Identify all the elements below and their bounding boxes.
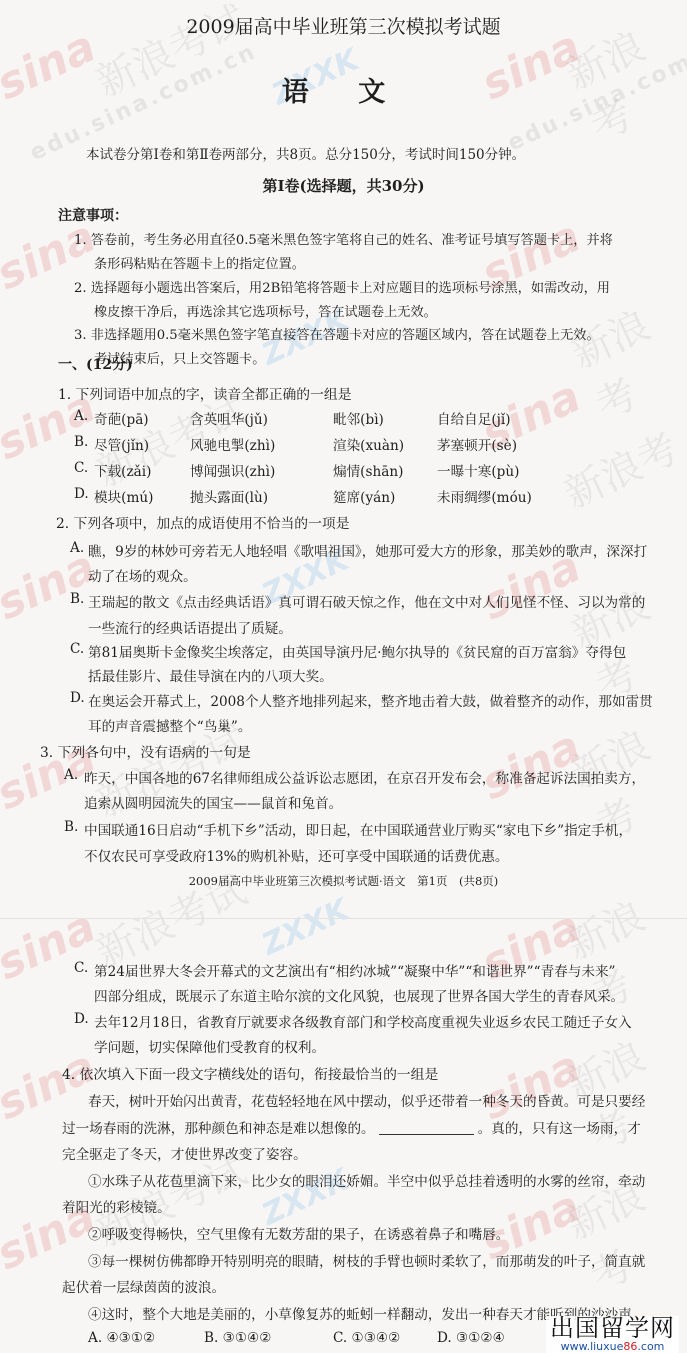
q1-d-2: 抛头露面(lù) bbox=[190, 486, 268, 506]
q2-b-line2: 一些流行的经典话语提出了质疑。 bbox=[88, 617, 292, 637]
exam-title: 2009届高中毕业班第三次模拟考试题 bbox=[0, 12, 687, 39]
page-divider bbox=[0, 918, 687, 919]
note-2-line1: 2. 选择题每小题选出答案后，用2B铅笔将答题卡上对应题目的选项标号涂黑，如需改… bbox=[74, 277, 610, 296]
q4-passage-line2b: 。真的，只有这一场雨，才 bbox=[478, 1121, 641, 1137]
q3-c-line1: 第24届世界大冬会开幕式的文艺演出有“相约冰城”“凝聚中华”“和谐世界”“青春与… bbox=[94, 960, 616, 980]
q3-c-label: C. bbox=[74, 960, 88, 976]
xinlang-watermark: 新浪考 bbox=[561, 283, 687, 432]
q4-choice-d: D. ③①②④ bbox=[437, 1330, 505, 1346]
q3-d-line2: 学问题，切实保障他们受教育的权利。 bbox=[94, 1036, 325, 1056]
q4-passage-line2: 过一场春雨的洗淋，那种颜色和神态是难以想像的。。真的，只有这一场雨，才 bbox=[62, 1117, 641, 1137]
q3-c-line2: 四部分组成，既展示了东道主哈尔滨的文化风貌，也展现了世界各国大学生的青春风采。 bbox=[94, 985, 624, 1005]
q3-a-label: A. bbox=[64, 767, 78, 783]
zxxk-watermark: ZXXK bbox=[257, 892, 355, 962]
q2-d-label: D. bbox=[70, 690, 85, 706]
q3-d-line1: 去年12月18日，省教育厅就要求各级教育部门和学校高度重视失业返乡农民工随迁子女… bbox=[94, 1011, 632, 1031]
q4-passage-line3: 完全驱走了冬天，才使世界改变了姿容。 bbox=[62, 1143, 307, 1163]
q2-a-line2: 动了在场的观众。 bbox=[88, 565, 197, 585]
q4-passage-line2a: 过一场春雨的洗淋，那种颜色和神态是难以想像的。 bbox=[62, 1121, 375, 1137]
q1-c-2: 博闻强识(zhì) bbox=[190, 460, 275, 480]
q3-d-label: D. bbox=[74, 1011, 89, 1027]
q1-d-3: 筵席(yán) bbox=[333, 486, 395, 506]
q1-c-3: 煽情(shān) bbox=[333, 460, 403, 480]
sina-watermark: sina bbox=[474, 721, 588, 810]
q1-b-label: B. bbox=[74, 434, 88, 450]
q1-a-3: 毗邻(bì) bbox=[333, 408, 384, 428]
q1-b-3: 渲染(xuàn) bbox=[333, 434, 404, 454]
notes-heading: 注意事项： bbox=[58, 205, 128, 225]
xinlang-watermark: 新浪考 bbox=[561, 563, 687, 712]
q2-d-line1: 在奥运会开幕式上，2008个人整齐地排列起来，整齐地击着大鼓，做着整齐的动作，那… bbox=[88, 690, 653, 710]
liuxue86-logo[interactable]: 出国留学网 www.liuxue86.com bbox=[546, 1316, 679, 1353]
q4-choice-a: A. ④③①② bbox=[88, 1330, 155, 1346]
q1-c-4: 一曝十寒(pù) bbox=[437, 460, 519, 480]
xinlang-watermark: 新浪考 bbox=[554, 417, 687, 519]
q2-c-label: C. bbox=[70, 641, 84, 657]
q3-stem: 3. 下列各句中，没有语病的一句是 bbox=[40, 741, 251, 761]
q1-c-label: C. bbox=[74, 460, 88, 476]
q2-c-line2: 括最佳影片、最佳导演在内的八项大奖。 bbox=[88, 665, 333, 685]
note-1-line2: 条形码粘贴在答题卡上的指定位置。 bbox=[94, 253, 305, 272]
q2-c-line1: 第81届奥斯卡金像奖尘埃落定，由英国导演丹尼·鲍尔执导的《贫民窟的百万富翁》夺得… bbox=[88, 641, 626, 661]
q4-sentence-2: ②呼吸变得畅快，空气里像有无数芳甜的果子，在诱惑着鼻子和嘴唇。 bbox=[88, 1223, 509, 1243]
q1-a-4: 自给自足(jǐ) bbox=[437, 408, 511, 428]
q4-passage-line1: 春天，树叶开始闪出黄青，花苞轻轻地在风中摆动，似乎还带着一种冬天的昏黄。可是只要… bbox=[88, 1090, 645, 1110]
q4-sentence-3-line1: ③每一棵树仿佛都睁开特别明亮的眼睛，树枝的手臂也顿时柔软了，而那萌发的叶子，简直… bbox=[88, 1250, 645, 1270]
q3-a-line1: 昨天，中国各地的67名律师组成公益诉讼志愿团，在京召开发布会，称准备起诉法国拍卖… bbox=[84, 767, 645, 787]
q2-a-label: A. bbox=[70, 540, 84, 556]
q1-a-2: 含英咀华(jǔ) bbox=[190, 408, 268, 428]
q4-sentence-3-line2: 起伏着一层绿茵茵的波浪。 bbox=[62, 1276, 225, 1296]
q3-b-line2: 不仅农民可享受政府13%的购机补贴，还可享受中国联通的话费优惠。 bbox=[84, 845, 508, 865]
q1-a-1: 奇葩(pā) bbox=[94, 408, 149, 428]
answer-blank bbox=[379, 1134, 474, 1135]
q1-b-2: 风驰电掣(zhì) bbox=[190, 434, 275, 454]
q1-stem: 1. 下列词语中加点的字，读音全都正确的一组是 bbox=[58, 383, 352, 403]
volume-heading: 第Ⅰ卷(选择题，共30分) bbox=[0, 175, 687, 196]
q1-a-label: A. bbox=[74, 408, 88, 424]
q1-d-label: D. bbox=[74, 486, 89, 502]
sina-watermark: sina bbox=[0, 901, 103, 990]
xinlang-watermark: 新浪考 bbox=[556, 1012, 687, 1163]
q2-a-line1: 瞧，9岁的林妙可旁若无人地轻唱《歌唱祖国》，她那可爱大方的形象，那美妙的歌声，深… bbox=[88, 540, 647, 560]
q3-b-line1: 中国联通16日启动“手机下乡”活动，即日起，在中国联通营业厅购买“家电下乡”指定… bbox=[84, 819, 632, 839]
q2-b-line1: 王瑞起的散文《点击经典话语》真可谓石破天惊之作，他在文中对人们见怪不怪、习以为常… bbox=[88, 591, 645, 611]
q4-sentence-1-line1: ①水珠子从花苞里滴下来，比少女的眼泪还娇媚。半空中似乎总挂着透明的水雾的丝帘，牵… bbox=[88, 1170, 645, 1190]
q1-c-1: 下载(zǎi) bbox=[94, 460, 151, 480]
q1-b-1: 尽管(jǐn) bbox=[94, 434, 149, 454]
q2-stem: 2. 下列各项中，加点的成语使用不恰当的一项是 bbox=[56, 512, 350, 532]
section-1-heading: 一、(12分) bbox=[58, 354, 133, 374]
note-2-line2: 橡皮擦干净后，再选涂其它选项标号，答在试题卷上无效。 bbox=[94, 301, 437, 320]
q4-sentence-1-line2: 着阳光的彩棱镜。 bbox=[62, 1196, 171, 1216]
subject-title: 语 文 bbox=[0, 70, 687, 109]
q1-b-4: 茅塞顿开(sè) bbox=[437, 434, 517, 454]
q1-d-4: 未雨绸缪(móu) bbox=[437, 486, 532, 506]
note-1-line1: 1. 答卷前，考生务必用直径0.5毫米黑色签字笔将自己的姓名、准考证号填写答题卡… bbox=[74, 229, 613, 248]
exam-intro: 本试卷分第Ⅰ卷和第Ⅱ卷两部分，共8页。总分150分，考试时间150分钟。 bbox=[86, 143, 525, 163]
q3-a-line2: 追索从圆明园流失的国宝——鼠首和兔首。 bbox=[84, 792, 342, 812]
page-footer: 2009届高中毕业班第三次模拟考试题·语文 第1页 (共8页) bbox=[0, 873, 687, 889]
q3-b-label: B. bbox=[64, 819, 78, 835]
q4-stem: 4. 依次填入下面一段文字横线处的语句，衔接最恰当的一组是 bbox=[62, 1063, 438, 1083]
q4-choice-c: C. ①③④② bbox=[333, 1330, 400, 1346]
q1-d-1: 模块(mú) bbox=[94, 486, 153, 506]
q4-choice-b: B. ③①④② bbox=[204, 1330, 271, 1346]
q2-d-line2: 耳的声音震撼整个“鸟巢”。 bbox=[88, 715, 251, 735]
brand-name: 出国留学网 bbox=[550, 1316, 675, 1340]
q2-b-label: B. bbox=[70, 591, 84, 607]
note-3-line1: 3. 非选择题用0.5毫米黑色签字笔直接答在答题卡对应的答题区域内，答在试题卷上… bbox=[74, 324, 600, 343]
brand-url: www.liuxue86.com bbox=[550, 1340, 675, 1353]
